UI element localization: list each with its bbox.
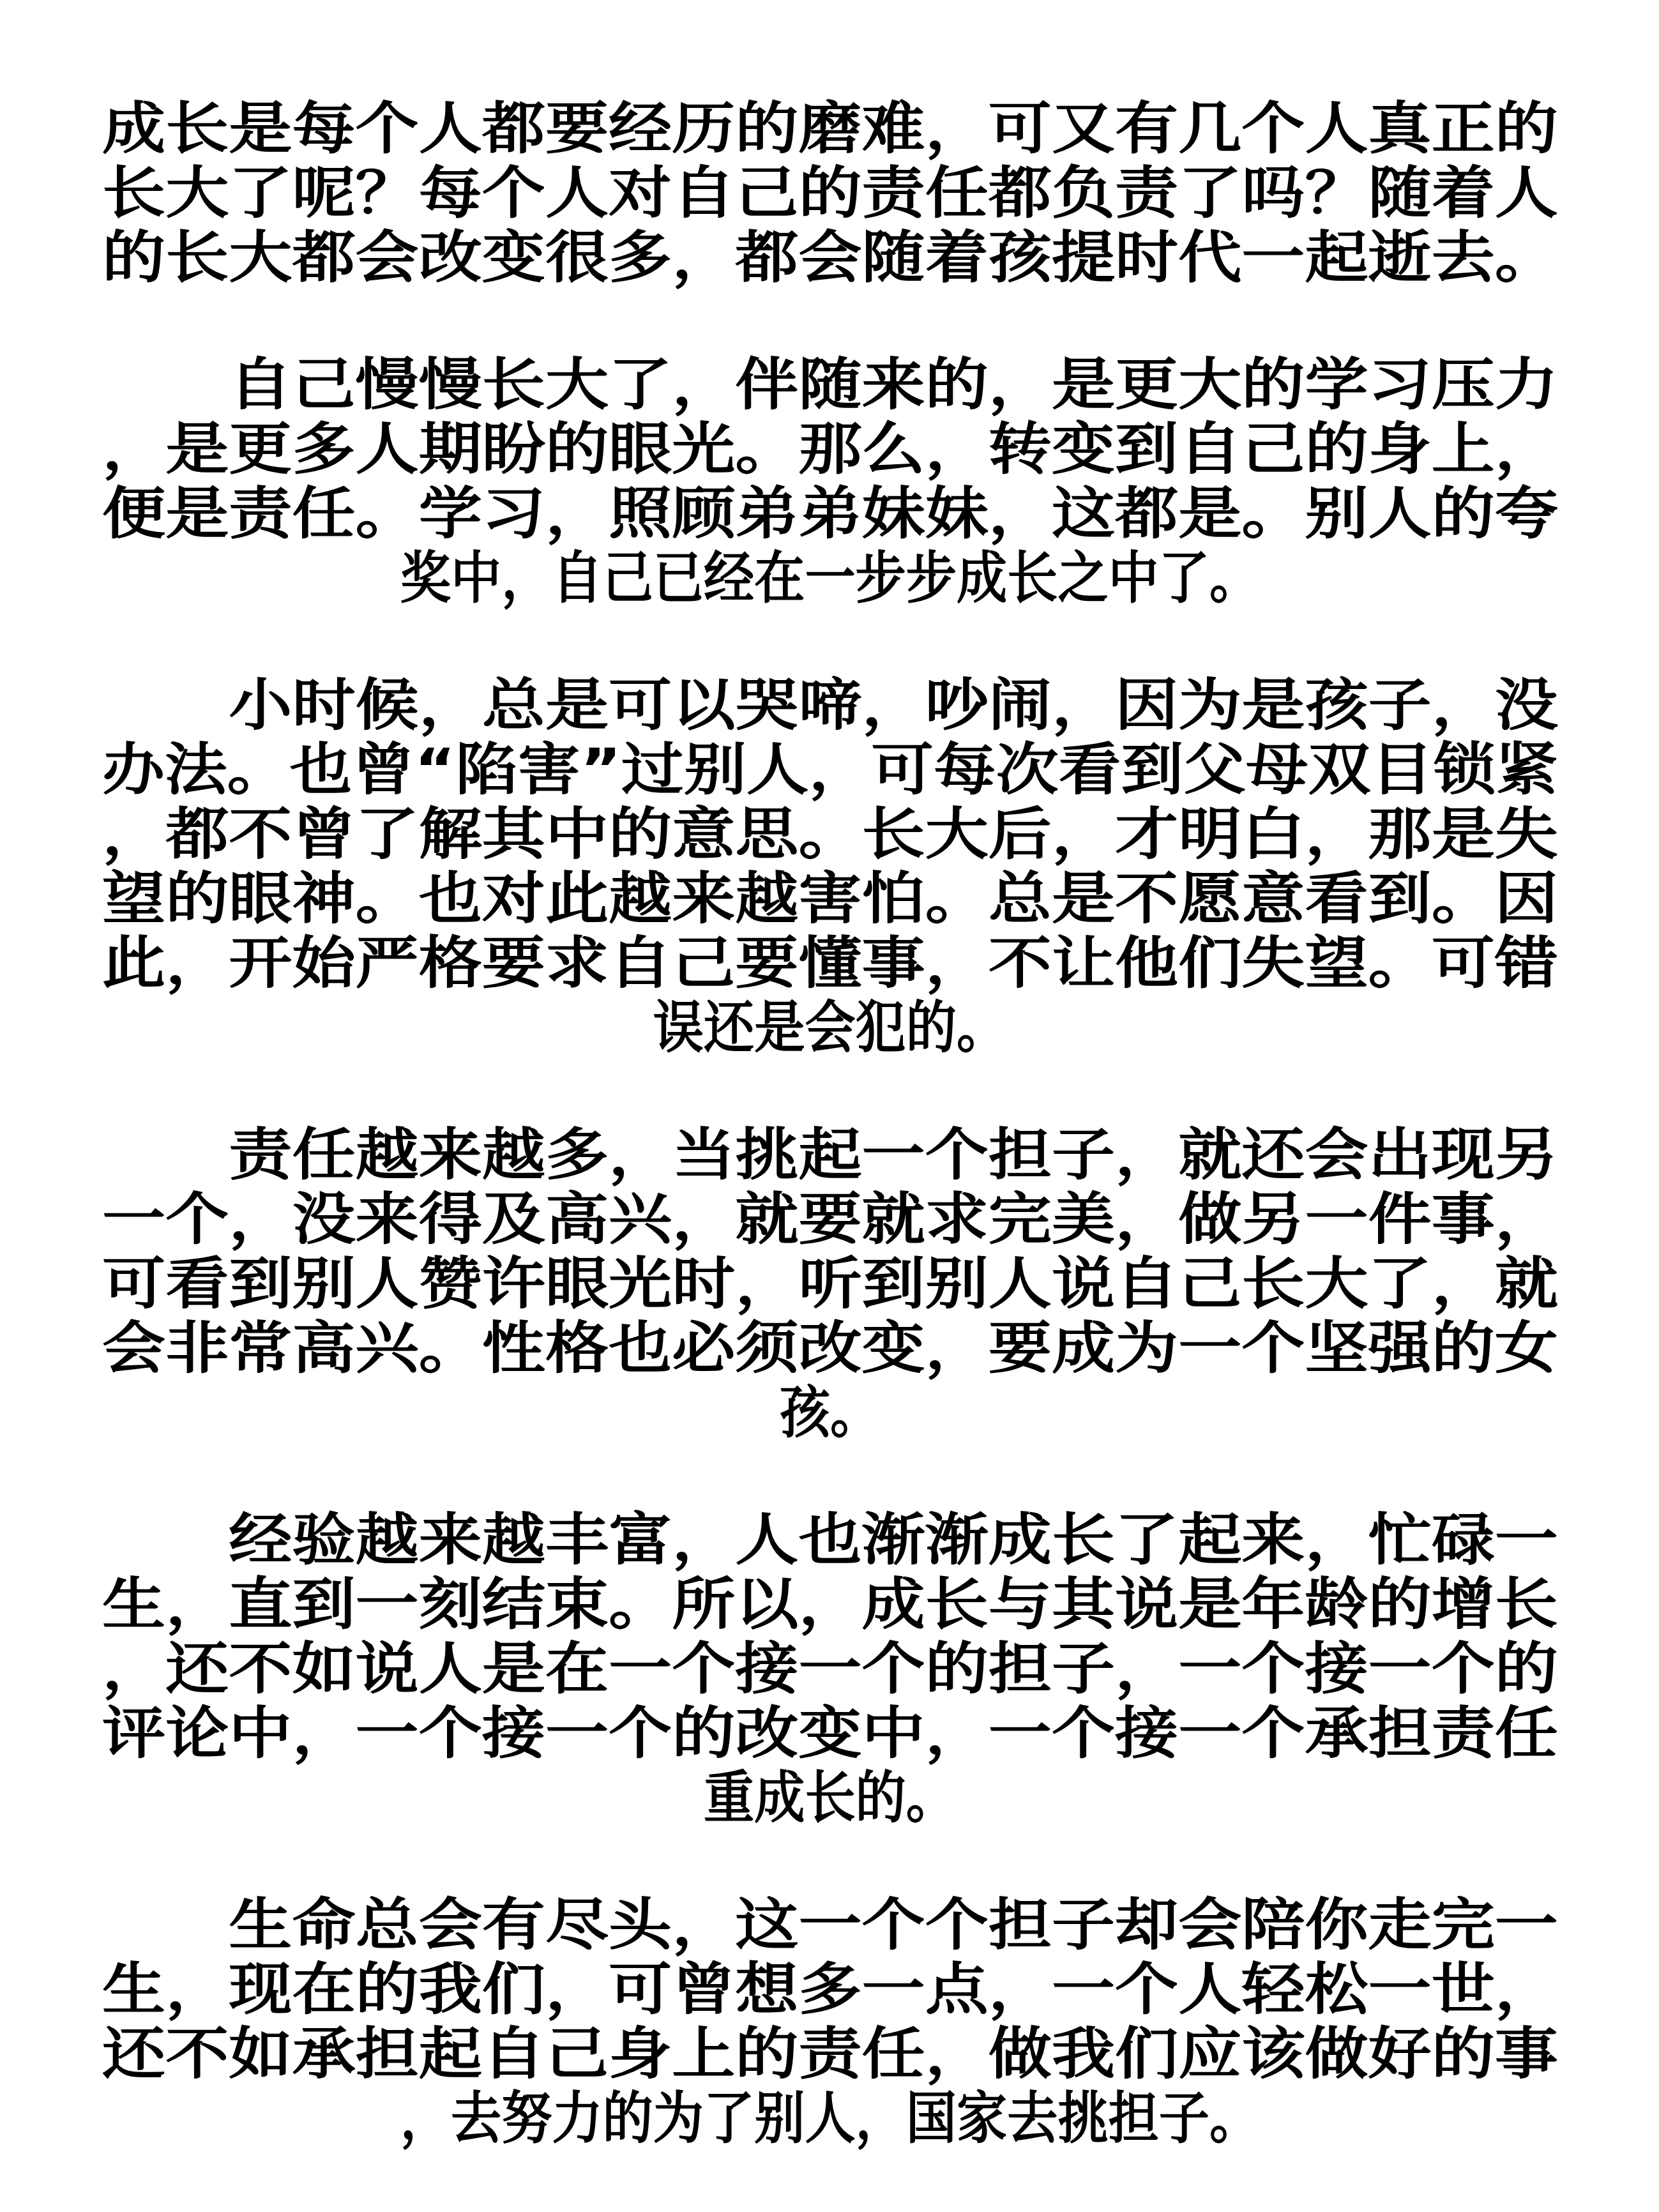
text-line: 一个，没来得及高兴，就要就求完美，做另一件事， [102, 1186, 1558, 1251]
line-text: 生，现在的我们，可曾想多一点，一个人轻松一世， [102, 1957, 1558, 2021]
text-line-last: 孩。 [102, 1380, 1558, 1444]
line-text: ，还不如说人是在一个接一个的担子，一个接一个的 [102, 1636, 1558, 1701]
text-line: 自己慢慢长大了，伴随来的，是更大的学习压力 [102, 352, 1558, 416]
paragraph-1: 成长是每个人都要经历的磨难，可又有几个人真正的 长大了呢？每个人对自己的责任都负… [102, 96, 1558, 289]
text-line: 便是责任。学习，照顾弟弟妹妹，这都是。别人的夸 [102, 481, 1558, 545]
line-text: ，都不曾了解其中的意思。长大后，才明白，那是失 [102, 801, 1558, 866]
text-line: 办法。也曾“陷害”过别人，可每次看到父母双目锁紧 [102, 737, 1558, 801]
line-text: 还不如承担起自己身上的责任，做我们应该做好的事 [102, 2021, 1558, 2086]
paragraph-4: 责任越来越多，当挑起一个担子，就还会出现另 一个，没来得及高兴，就要就求完美，做… [102, 1122, 1558, 1444]
text-line: 还不如承担起自己身上的责任，做我们应该做好的事 [102, 2021, 1558, 2086]
text-line-last: 奖中，自己已经在一步步成长之中了。 [102, 545, 1558, 610]
line-text: 便是责任。学习，照顾弟弟妹妹，这都是。别人的夸 [102, 481, 1558, 545]
text-line-last: 误还是会犯的。 [102, 995, 1558, 1059]
line-text: 责任越来越多，当挑起一个担子，就还会出现另 [102, 1122, 1558, 1186]
line-text: ，是更多人期盼的眼光。那么，转变到自己的身上， [102, 416, 1558, 481]
text-line: ，是更多人期盼的眼光。那么，转变到自己的身上， [102, 416, 1558, 481]
line-text: 会非常高兴。性格也必须改变，要成为一个坚强的女 [102, 1315, 1558, 1380]
line-text: 的长大都会改变很多，都会随着孩提时代一起逝去。 [102, 225, 1558, 289]
text-line: 生，现在的我们，可曾想多一点，一个人轻松一世， [102, 1957, 1558, 2021]
line-text: 可看到别人赞许眼光时，听到别人说自己长大了，就 [102, 1251, 1558, 1315]
text-line: 生命总会有尽头，这一个个担子却会陪你走完一 [102, 1892, 1558, 1957]
line-text: 孩。 [780, 1380, 881, 1444]
text-line: ，还不如说人是在一个接一个的担子，一个接一个的 [102, 1636, 1558, 1701]
text-line: ，都不曾了解其中的意思。长大后，才明白，那是失 [102, 801, 1558, 866]
line-text: 成长是每个人都要经历的磨难，可又有几个人真正的 [102, 96, 1558, 160]
line-text: 奖中，自己已经在一步步成长之中了。 [400, 545, 1260, 610]
text-line: 小时候，总是可以哭啼，吵闹，因为是孩子，没 [102, 672, 1558, 737]
essay-document: 成长是每个人都要经历的磨难，可又有几个人真正的 长大了呢？每个人对自己的责任都负… [102, 96, 1558, 2212]
paragraph-5: 经验越来越丰富，人也渐渐成长了起来，忙碌一 生，直到一刻结束。所以，成长与其说是… [102, 1507, 1558, 1829]
line-text: 生命总会有尽头，这一个个担子却会陪你走完一 [102, 1892, 1558, 1957]
text-line-last: ，去努力的为了别人，国家去挑担子。 [102, 2086, 1558, 2150]
line-text: 评论中，一个接一个的改变中，一个接一个承担责任 [102, 1701, 1558, 1765]
line-text: 长大了呢？每个人对自己的责任都负责了吗？随着人 [102, 160, 1558, 225]
line-text: 一个，没来得及高兴，就要就求完美，做另一件事， [102, 1186, 1558, 1251]
text-line: 责任越来越多，当挑起一个担子，就还会出现另 [102, 1122, 1558, 1186]
paragraph-3: 小时候，总是可以哭啼，吵闹，因为是孩子，没 办法。也曾“陷害”过别人，可每次看到… [102, 672, 1558, 1059]
paragraph-2: 自己慢慢长大了，伴随来的，是更大的学习压力 ，是更多人期盼的眼光。那么，转变到自… [102, 352, 1558, 610]
line-text: 此，开始严格要求自己要懂事，不让他们失望。可错 [102, 930, 1558, 995]
text-line: 经验越来越丰富，人也渐渐成长了起来，忙碌一 [102, 1507, 1558, 1572]
text-line: 长大了呢？每个人对自己的责任都负责了吗？随着人 [102, 160, 1558, 225]
text-line-last: 重成长的。 [102, 1765, 1558, 1829]
line-text: 重成长的。 [704, 1765, 957, 1829]
text-line: 望的眼神。也对此越来越害怕。总是不愿意看到。因 [102, 866, 1558, 930]
text-line: 生，直到一刻结束。所以，成长与其说是年龄的增长 [102, 1572, 1558, 1636]
text-line: 成长是每个人都要经历的磨难，可又有几个人真正的 [102, 96, 1558, 160]
line-text: 望的眼神。也对此越来越害怕。总是不愿意看到。因 [102, 866, 1558, 930]
line-text: 办法。也曾“陷害”过别人，可每次看到父母双目锁紧 [102, 737, 1558, 801]
line-text: ，去努力的为了别人，国家去挑担子。 [400, 2086, 1260, 2150]
line-text: 自己慢慢长大了，伴随来的，是更大的学习压力 [102, 352, 1558, 416]
line-text: 误还是会犯的。 [653, 995, 1007, 1059]
text-line: 会非常高兴。性格也必须改变，要成为一个坚强的女 [102, 1315, 1558, 1380]
line-text: 经验越来越丰富，人也渐渐成长了起来，忙碌一 [102, 1507, 1558, 1572]
paragraph-6: 生命总会有尽头，这一个个担子却会陪你走完一 生，现在的我们，可曾想多一点，一个人… [102, 1892, 1558, 2150]
line-text: 生，直到一刻结束。所以，成长与其说是年龄的增长 [102, 1572, 1558, 1636]
text-line: 可看到别人赞许眼光时，听到别人说自己长大了，就 [102, 1251, 1558, 1315]
text-line: 评论中，一个接一个的改变中，一个接一个承担责任 [102, 1701, 1558, 1765]
text-line: 的长大都会改变很多，都会随着孩提时代一起逝去。 [102, 225, 1558, 289]
line-text: 小时候，总是可以哭啼，吵闹，因为是孩子，没 [102, 672, 1558, 737]
text-line: 此，开始严格要求自己要懂事，不让他们失望。可错 [102, 930, 1558, 995]
